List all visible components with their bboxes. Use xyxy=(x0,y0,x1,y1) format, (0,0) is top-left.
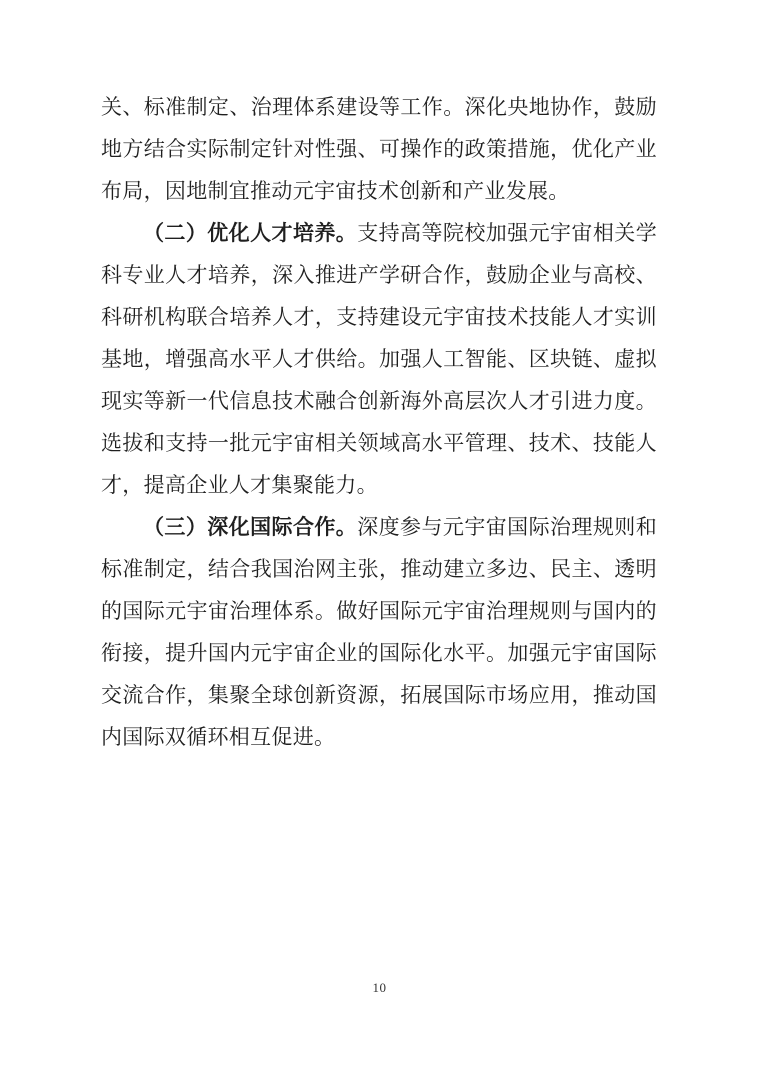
paragraph-section-2: （二）优化人才培养。支持高等院校加强元宇宙相关学科专业人才培养，深入推进产学研合… xyxy=(101,212,657,506)
paragraph-continuation: 关、标准制定、治理体系建设等工作。深化央地协作，鼓励地方结合实际制定针对性强、可… xyxy=(101,86,657,212)
section-2-text: 支持高等院校加强元宇宙相关学科专业人才培养，深入推进产学研合作，鼓励企业与高校、… xyxy=(101,221,657,497)
section-2-heading: （二）优化人才培养。 xyxy=(143,221,357,245)
section-3-text: 深度参与元宇宙国际治理规则和标准制定，结合我国治网主张，推动建立多边、民主、透明… xyxy=(101,515,657,749)
paragraph-continuation-text: 关、标准制定、治理体系建设等工作。深化央地协作，鼓励地方结合实际制定针对性强、可… xyxy=(101,95,657,203)
paragraph-section-3: （三）深化国际合作。深度参与元宇宙国际治理规则和标准制定，结合我国治网主张，推动… xyxy=(101,506,657,758)
document-body: 关、标准制定、治理体系建设等工作。深化央地协作，鼓励地方结合实际制定针对性强、可… xyxy=(101,86,657,758)
section-3-heading: （三）深化国际合作。 xyxy=(143,515,357,539)
page-number: 10 xyxy=(0,980,759,996)
document-page: 关、标准制定、治理体系建设等工作。深化央地协作，鼓励地方结合实际制定针对性强、可… xyxy=(0,0,759,1075)
